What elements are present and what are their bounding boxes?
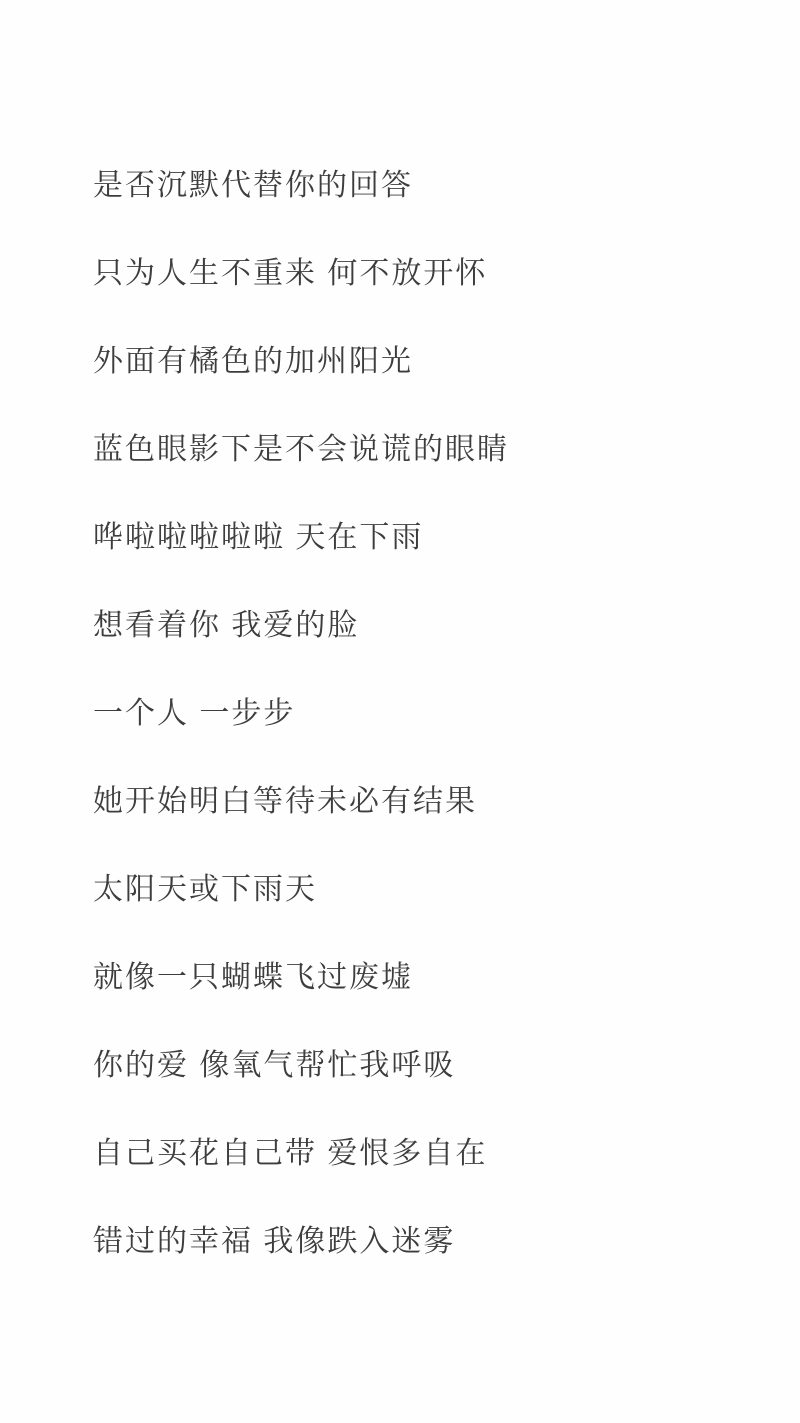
lyric-line: 外面有橘色的加州阳光 [93, 346, 760, 377]
lyric-line: 自己买花自己带 爱恨多自在 [93, 1138, 760, 1169]
lyric-line: 蓝色眼影下是不会说谎的眼睛 [93, 434, 760, 465]
lyric-line: 错过的幸福 我像跌入迷雾 [93, 1226, 760, 1257]
lyric-line: 想看着你 我爱的脸 [93, 610, 760, 641]
lyric-line: 只为人生不重来 何不放开怀 [93, 258, 760, 289]
lyric-line: 太阳天或下雨天 [93, 874, 760, 905]
lyrics-page: 是否沉默代替你的回答 只为人生不重来 何不放开怀 外面有橘色的加州阳光 蓝色眼影… [0, 0, 800, 1423]
lyric-line: 她开始明白等待未必有结果 [93, 786, 760, 817]
lyric-line: 就像一只蝴蝶飞过废墟 [93, 962, 760, 993]
lyric-line: 你的爱 像氧气帮忙我呼吸 [93, 1050, 760, 1081]
lyric-line: 哗啦啦啦啦啦 天在下雨 [93, 522, 760, 553]
lyric-line: 是否沉默代替你的回答 [93, 170, 760, 201]
lyric-line: 一个人 一步步 [93, 698, 760, 729]
